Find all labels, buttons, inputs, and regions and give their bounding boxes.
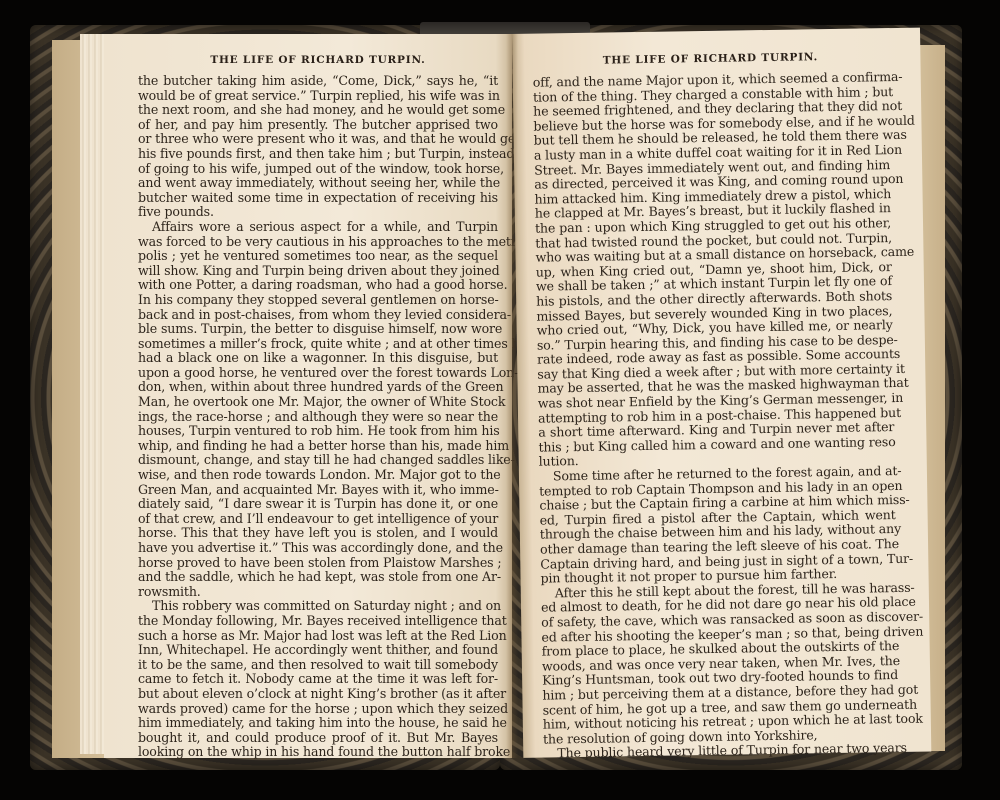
text-line: upon a good horse, he ventured over the …	[138, 366, 498, 381]
text-line: or three who were present who it was, an…	[138, 132, 498, 147]
text-line: diately said, “I dare swear it is Turpin…	[138, 497, 498, 512]
text-line: and the saddle, which he had kept, was s…	[138, 570, 498, 585]
text-line: whip, and finding he had a better horse …	[138, 439, 498, 454]
text-line: houses, Turpin ventured to rob him. He t…	[138, 424, 498, 439]
text-line: polis ; yet he ventured sometimes too ne…	[138, 249, 498, 264]
text-line: the next room, and she had money, and he…	[138, 103, 498, 118]
text-line: bought it, and could produce proof of it…	[138, 731, 498, 746]
text-line: Green Man, and acquainted Mr. Bayes with…	[138, 483, 498, 498]
text-line: Affairs wore a serious aspect for a whil…	[138, 220, 498, 235]
left-page: THE LIFE OF RICHARD TURPIN. the butcher …	[104, 34, 512, 758]
text-line: the Monday following, Mr. Bayes received…	[138, 614, 498, 629]
text-line: of going to his wife, jumped out of the …	[138, 162, 498, 177]
left-page-body: the butcher taking him aside, “Come, Dic…	[138, 74, 498, 760]
text-line: the butcher taking him aside, “Come, Dic…	[138, 74, 498, 89]
text-line: horse proved to have been stolen from Pl…	[138, 556, 498, 571]
text-line: horse. This that they have left you is s…	[138, 526, 498, 541]
gutter-shadow	[506, 34, 518, 758]
text-line: Man, he overtook one Mr. Major, the owne…	[138, 395, 498, 410]
text-line: don, when, within about three hundred ya…	[138, 380, 498, 395]
text-line: rowsmith.	[138, 585, 498, 600]
text-line: but about eleven o’clock at night King’s…	[138, 687, 498, 702]
text-line: five pounds.	[138, 205, 498, 220]
text-line: with one Potter, a daring roadsman, who …	[138, 278, 498, 293]
text-line: and went away immediately, without seein…	[138, 176, 498, 191]
text-line: Inn, Whitechapel. He accordingly went th…	[138, 643, 498, 658]
text-line: wards proved) came for the horse ; upon …	[138, 702, 498, 717]
text-line: butcher waited some time in expectation …	[138, 191, 498, 206]
text-line: such a horse as Mr. Major had lost was l…	[138, 629, 498, 644]
text-line: his five pounds first, and then take him…	[138, 147, 498, 162]
text-line: In his company they stopped several gent…	[138, 293, 498, 308]
text-line: wise, and then rode towards London. Mr. …	[138, 468, 498, 483]
text-line: ble sums. Turpin, the better to disguise…	[138, 322, 498, 337]
text-line: will show. King and Turpin being driven …	[138, 264, 498, 279]
text-line: was forced to be very cautious in his ap…	[138, 235, 498, 250]
text-line: had a black one on like a wagonner. In t…	[138, 351, 498, 366]
text-line: of that crew, and I’ll endeavour to get …	[138, 512, 498, 527]
text-line: him immediately, and taking him into the…	[138, 716, 498, 731]
text-line: ings, the race-horse ; and although they…	[138, 410, 498, 425]
text-line: This robbery was committed on Saturday n…	[138, 599, 498, 614]
text-line: it to be the same, and then resolved to …	[138, 658, 498, 673]
running-head-right: THE LIFE OF RICHARD TURPIN.	[532, 50, 888, 68]
text-line: would be of great service.” Turpin repli…	[138, 89, 498, 104]
text-line: came to fetch it. Nobody came at the tim…	[138, 672, 498, 687]
right-page: THE LIFE OF RICHARD TURPIN. off, and the…	[512, 28, 931, 758]
text-line: have you advertise it.” This was accordi…	[138, 541, 498, 556]
text-line: of her, and pay him presently. The butch…	[138, 118, 498, 133]
text-line: sometimes a miller’s frock, quite white …	[138, 337, 498, 352]
text-line: back and in post-chaises, from whom they…	[138, 308, 498, 323]
text-line: dismount, change, and stay till he had c…	[138, 453, 498, 468]
right-page-body: off, and the name Major upon it, which s…	[533, 70, 900, 761]
text-line: looking on the whip in his hand found th…	[138, 745, 498, 760]
running-head-left: THE LIFE OF RICHARD TURPIN.	[138, 54, 498, 66]
